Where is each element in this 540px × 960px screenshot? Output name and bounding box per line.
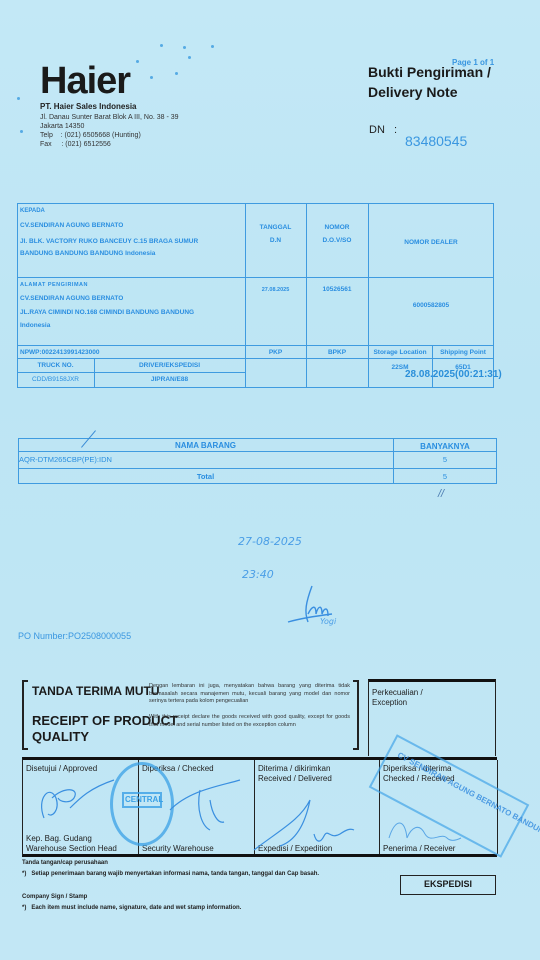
printed-datetime: 28.08.2025(00:21:31) [405,369,502,380]
receiver-signature-icon [385,808,465,853]
label-text: NOMOR [306,224,368,231]
table-divider [18,468,497,469]
receipt-title-en-2: QUALITY [32,729,89,744]
receipt-text-id: Dengan lembaran ini juga, menyatakan bah… [149,683,350,706]
npwp: NPWP:0022413991423000 [20,349,100,356]
exception-label: Perkecualian / [372,688,423,698]
truck-no-value: CDD/B9158JXR [17,376,94,383]
nomor-dealer-value: 6000582805 [368,302,494,309]
consignee-address: Jl. BLK. VACTORY RUKO BANCEUY C.15 BRAGA… [20,238,198,245]
total-label: Total [18,472,393,481]
nomor-do-label: NOMOR D.O.V/SO [306,224,368,244]
company-fax: Fax : (021) 6512556 [40,140,111,149]
haier-logo: Haier [40,60,130,103]
sign-label: Received / Delivered [258,774,332,784]
sign-role: Warehouse Section Head [26,844,117,854]
table-divider [17,358,494,359]
ink-speck [211,45,214,48]
sign-role: Security Warehouse [142,844,214,854]
ink-speck [20,130,23,133]
table-divider [17,277,494,278]
table-divider [18,451,497,452]
pen-check-mark: // [438,488,444,500]
exception-label-en: Exception [372,698,423,708]
tanggal-dn-value: 27.08.2025 [245,287,306,293]
company-address-line: Jl. Danau Sunter Barat Blok A III, No. 3… [40,113,179,122]
ink-speck [150,76,153,79]
copy-label-ekspedisi: EKSPEDISI [400,875,496,895]
exception-box: Perkecualian / Exception [368,680,496,756]
dn-label: DN : [369,124,397,136]
label-text: D.N [245,237,306,244]
sign-label: Diterima / dikirimkan [258,764,330,774]
signature-name: Yogi [320,617,336,626]
handwritten-time: 23:40 [242,568,274,581]
truck-no-label: TRUCK NO. [17,362,94,369]
po-number: PO Number:PO2508000055 [18,631,131,641]
document-title: Bukti Pengiriman / Delivery Note [368,62,491,102]
ink-speck [160,44,163,47]
ink-speck [17,97,20,100]
bpkp-label: BPKP [306,349,368,356]
page-indicator: Page 1 of 1 [452,58,494,67]
delivered-signature-icon [250,790,360,855]
storage-location-label: Storage Location [368,349,432,356]
nomor-do-value: 10526561 [306,286,368,293]
ship-to-name: CV.SENDIRAN AGUNG BERNATO [20,295,123,302]
item-qty: 5 [393,455,497,464]
nomor-dealer-label: NOMOR DEALER [368,239,494,246]
table-divider [17,345,494,346]
label-text: TANGGAL [245,224,306,231]
col-nama-barang: NAMA BARANG [18,441,393,450]
driver-value: JIPRAN/E88 [94,376,245,383]
ink-speck [188,56,191,59]
company-name: PT. Haier Sales Indonesia [40,102,136,111]
consignee-name: CV.SENDIRAN AGUNG BERNATO [20,222,123,229]
label-text: D.O.V/SO [306,237,368,244]
table-divider [368,203,369,388]
company-address-line: Jakarta 14350 [40,122,84,131]
total-value: 5 [393,472,497,481]
checked-signature-icon [160,770,250,840]
dn-number: 83480545 [405,133,467,149]
warehouse-stamp-text: CENTRAL [125,795,163,804]
receipt-text-en: With this receipt declare the goods rece… [149,714,350,729]
handwritten-date: 27-08-2025 [238,535,302,548]
ship-to-address: Indonesia [20,322,50,329]
ink-speck [136,60,139,63]
driver-label: DRIVER/EKSPEDISI [94,362,245,369]
consignee-address: BANDUNG BANDUNG BANDUNG Indonesia [20,250,155,257]
bracket-left [22,680,28,750]
alamat-pengiriman-label: ALAMAT PENGIRIMAN [20,282,88,288]
col-banyaknya: BANYAKNYA [393,442,497,451]
approved-signature-icon [30,768,120,838]
table-divider [17,372,245,373]
document-title-en: Delivery Note [368,82,491,102]
company-phone: Telp : (021) 6505668 (Hunting) [40,131,141,140]
tanggal-dn-label: TANGGAL D.N [245,224,306,244]
bracket-right [353,680,359,750]
company-sign-label-id: Tanda tangan/cap perusahaan [22,860,108,866]
footer-note-en: *) Each item must include name, signatur… [22,905,241,911]
shipping-point-label: Shipping Point [432,349,494,356]
footer-note-id: *) Setiap penerimaan barang wajib menyer… [22,871,319,877]
ship-to-address: JL.RAYA CIMINDI NO.168 CIMINDI BANDUNG B… [20,309,194,316]
ink-speck [183,46,186,49]
item-name: AQR-DTM265CBP(PE):IDN [19,455,112,464]
pkp-label: PKP [245,349,306,356]
ink-speck [175,72,178,75]
delivery-note-page: Haier PT. Haier Sales Indonesia Jl. Dana… [0,0,540,960]
kepada-label: KEPADA [20,208,45,214]
receipt-title-id: TANDA TERIMA MUTU [32,684,160,698]
company-sign-label-en: Company Sign / Stamp [22,894,87,900]
